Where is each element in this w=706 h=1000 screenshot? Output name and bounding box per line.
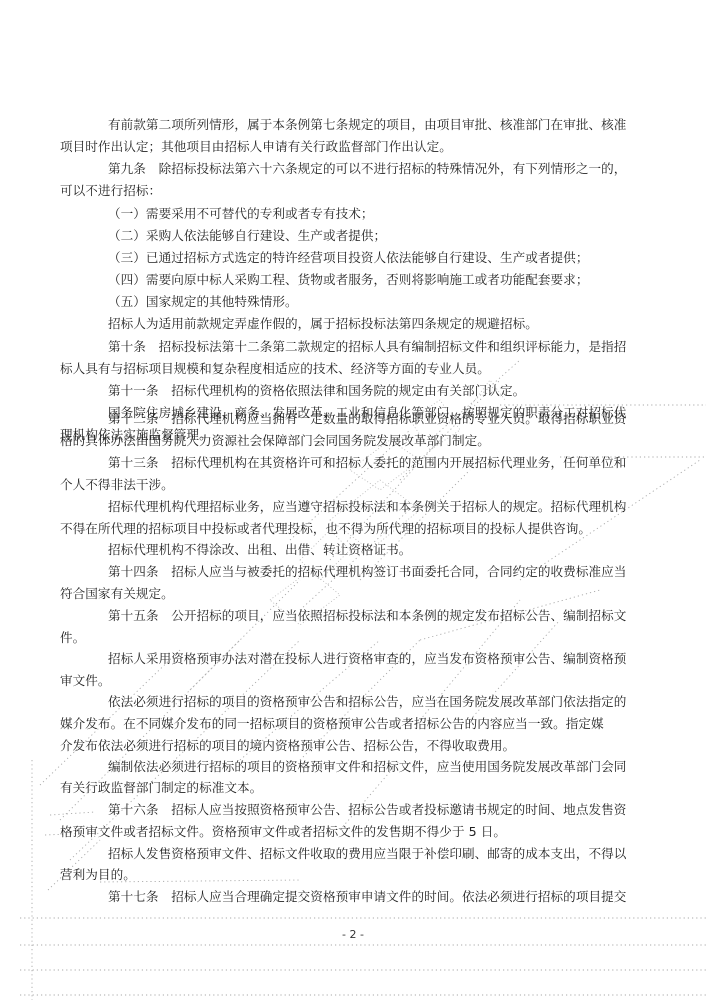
text-line: 标人具有与招标项目规模和复杂程度相适应的技术、经济等方面的专业人员。 — [60, 359, 626, 379]
text-line: 格预审文件或者招标文件。资格预审文件或者招标文件的发售期不得少于 5 日。 — [60, 822, 626, 842]
text-line: 符合国家有关规定。 — [60, 584, 626, 604]
text-line: 审文件。 — [60, 671, 626, 691]
text-line: 有关行政监督部门制定的标准文本。 — [60, 778, 626, 798]
text-line: 第十四条 招标人应当与被委托的招标代理机构签订书面委托合同，合同约定的收费标准应… — [108, 562, 626, 582]
text-line: （三）已通过招标方式选定的特许经营项目投资人依法能够自行建设、生产或者提供； — [108, 248, 626, 268]
text-line: 依法必须进行招标的项目的资格预审公告和招标公告，应当在国务院发展改革部门依法指定… — [108, 692, 626, 712]
text-line: 招标人为适用前款规定弄虚作假的，属于招标投标法第四条规定的规避招标。 — [108, 314, 626, 334]
document-page: 有前款第二项所列情形，属于本条例第七条规定的项目，由项目审批、核准部门在审批、核… — [0, 0, 706, 1000]
text-line: （一）需要采用不可替代的专利或者专有技术； — [108, 204, 626, 224]
page-number: - 2 - — [0, 928, 706, 941]
text-line: 介发布依法必须进行招标的项目的境内资格预审公告、招标公告，不得收取费用。 — [60, 736, 626, 756]
text-line: 第十七条 招标人应当合理确定提交资格预审申请文件的时间。依法必须进行招标的项目提… — [108, 887, 626, 907]
text-line: 编制依法必须进行招标的项目的资格预审文件和招标文件，应当使用国务院发展改革部门会… — [108, 757, 626, 777]
text-line: 招标代理机构代理招标业务，应当遵守招标投标法和本条例关于招标人的规定。招标代理机… — [108, 497, 626, 517]
text-line: 有前款第二项所列情形，属于本条例第七条规定的项目，由项目审批、核准部门在审批、核… — [108, 115, 626, 135]
text-line: 招标人发售资格预审文件、招标文件收取的费用应当限于补偿印刷、邮寄的成本支出，不得… — [108, 844, 626, 864]
text-line: 项目时作出认定；其他项目由招标人申请有关行政监督部门作出认定。 — [60, 137, 626, 157]
text-line: 第十条 招标投标法第十二条第二款规定的招标人具有编制招标文件和组织评标能力，是指… — [108, 337, 626, 357]
text-line: 第九条 除招标投标法第六十六条规定的可以不进行招标的特殊情况外，有下列情形之一的… — [108, 159, 626, 179]
text-line: 第十二条 招标代理机构应当拥有一定数量的取得招标职业资格的专业人员。取得招标职业… — [108, 409, 626, 429]
text-line: （四）需要向原中标人采购工程、货物或者服务，否则将影响施工或者功能配套要求； — [108, 270, 626, 290]
text-line: 第十六条 招标人应当按照资格预审公告、招标公告或者投标邀请书规定的时间、地点发售… — [108, 800, 626, 820]
text-line: 件。 — [60, 628, 626, 648]
text-line: （二）采购人依法能够自行建设、生产或者提供； — [108, 226, 626, 246]
text-line: 格的具体办法由国务院人力资源社会保障部门会同国务院发展改革部门制定。 — [60, 431, 626, 451]
text-line: 第十五条 公开招标的项目，应当依照招标投标法和本条例的规定发布招标公告、编制招标… — [108, 606, 626, 626]
text-line: 个人不得非法干涉。 — [60, 475, 626, 495]
text-line: 招标代理机构不得涂改、出租、出借、转让资格证书。 — [108, 540, 626, 560]
text-line: 第十一条 招标代理机构的资格依照法律和国务院的规定由有关部门认定。 — [108, 381, 626, 401]
text-line: 营利为目的。 — [60, 865, 626, 885]
text-line: 第十三条 招标代理机构在其资格许可和招标人委托的范围内开展招标代理业务，任何单位… — [108, 453, 626, 473]
text-line: （五）国家规定的其他特殊情形。 — [108, 292, 626, 312]
text-line: 可以不进行招标： — [60, 181, 626, 201]
text-line: 不得在所代理的招标项目中投标或者代理投标，也不得为所代理的招标项目的投标人提供咨… — [60, 519, 626, 539]
text-line: 媒介发布。在不同媒介发布的同一招标项目的资格预审公告或者招标公告的内容应当一致。… — [60, 714, 626, 734]
text-line: 招标人采用资格预审办法对潜在投标人进行资格审查的，应当发布资格预审公告、编制资格… — [108, 649, 626, 669]
